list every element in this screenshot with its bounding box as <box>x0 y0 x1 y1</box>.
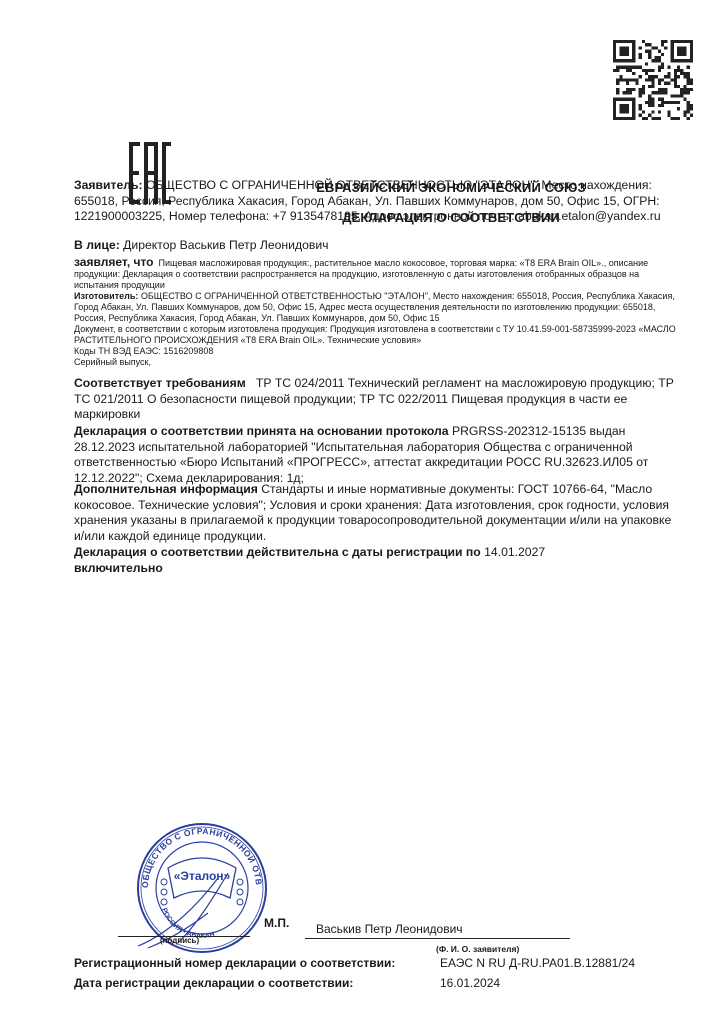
registration-number: ЕАЭС N RU Д-RU.PA01.B.12881/24 <box>440 956 635 970</box>
representative-section: В лице: Директор Васькив Петр Леонидович <box>74 238 684 254</box>
basis-section: Декларация о соответствии принята на осн… <box>74 424 684 486</box>
manufacturer-label: Изготовитель: <box>74 291 138 301</box>
declares-label: заявляет, что <box>74 255 154 269</box>
validity-date: 14.01.2027 <box>484 545 545 559</box>
validity-section: Декларация о соответствии действительна … <box>74 545 684 576</box>
complies-section: Соответствует требованиям ТР ТС 024/2011… <box>74 376 684 423</box>
seal-place-label: М.П. <box>264 916 289 930</box>
product-description: Пищевая масложировая продукция:, растите… <box>74 258 648 290</box>
validity-suffix: включительно <box>74 561 163 575</box>
applicant-text: ОБЩЕСТВО С ОГРАНИЧЕННОЙ ОТВЕТСТВЕННОСТЬЮ… <box>74 178 661 223</box>
basis-label: Декларация о соответствии принята на осн… <box>74 424 449 438</box>
signatory-name: Васькив Петр Леонидович <box>316 922 463 936</box>
representative-text: Директор Васькив Петр Леонидович <box>123 238 328 252</box>
qr-code-icon[interactable] <box>613 40 693 120</box>
representative-label: В лице: <box>74 238 120 252</box>
signatory-name-caption: (Ф. И. О. заявителя) <box>436 944 519 954</box>
validity-label: Декларация о соответствии действительна … <box>74 545 481 559</box>
additional-section: Дополнительная информация Стандарты и ин… <box>74 482 684 544</box>
svg-text:«Эталон»: «Эталон» <box>174 869 231 883</box>
release-type: Серийный выпуск, <box>74 357 684 368</box>
hs-codes: Коды ТН ВЭД ЕАЭС: 1516209808 <box>74 346 684 357</box>
additional-label: Дополнительная информация <box>74 482 258 496</box>
name-line <box>305 938 570 939</box>
registration-date-label: Дата регистрации декларации о соответств… <box>74 976 353 990</box>
declares-section: заявляет, что Пищевая масложировая проду… <box>74 257 684 368</box>
registration-date: 16.01.2024 <box>440 976 500 990</box>
production-document: Документ, в соответствии с которым изгот… <box>74 324 684 346</box>
applicant-label: Заявитель: <box>74 178 143 192</box>
signature-caption: (подпись) <box>160 936 199 945</box>
registration-number-label: Регистрационный номер декларации о соотв… <box>74 956 395 970</box>
applicant-section: Заявитель: ОБЩЕСТВО С ОГРАНИЧЕННОЙ ОТВЕТ… <box>74 178 684 225</box>
complies-label: Соответствует требованиям <box>74 376 246 390</box>
manufacturer-text: ОБЩЕСТВО С ОГРАНИЧЕННОЙ ОТВЕТСТВЕННОСТЬЮ… <box>74 291 675 323</box>
